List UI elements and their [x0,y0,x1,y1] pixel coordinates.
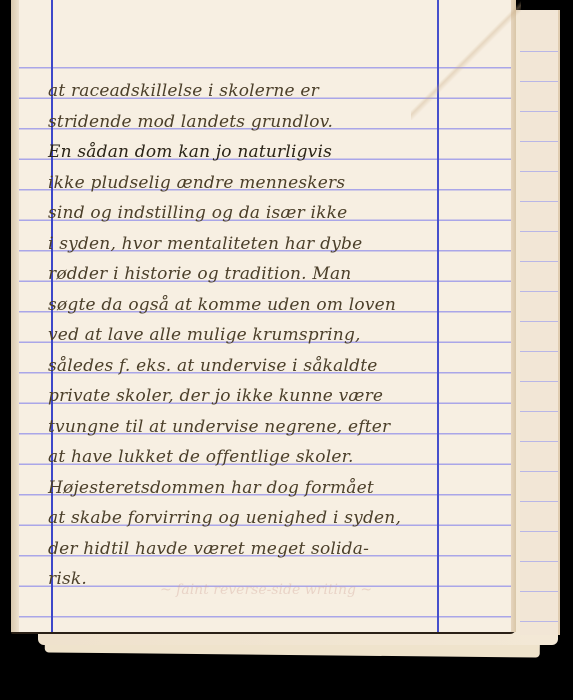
text-line: tvungne til at undervise negrene, efter [48,412,443,443]
text-line: Højesteretsdommen har dog formået [48,473,443,504]
bleed-through-text: ~ faint reverse-side writing ~ [160,582,372,598]
text-line: rødder i historie og tradition. Man [48,259,443,290]
text-line: private skoler, der jo ikke kunne være [48,381,443,412]
text-line: der hidtil havde været meget solida- [48,534,443,565]
text-line: sind og indstilling og da især ikke [48,198,443,229]
text-line: En sådan dom kan jo naturligvis [48,137,443,168]
page-left-edge [11,0,19,632]
page-right-edge [511,0,516,632]
text-line: i syden, hvor mentaliteten har dybe [48,229,443,260]
text-line: ikke pludselig ændre menneskers [48,168,443,199]
text-line: søgte da også at komme uden om loven [48,290,443,321]
text-line: at raceadskillelse i skolerne er [48,76,443,107]
text-line: således f. eks. at undervise i såkaldte [48,351,443,382]
back-sheet-edge [520,10,560,635]
text-line: stridende mod landets grundlov. [48,107,443,138]
text-line: at have lukket de offentlige skoler. [48,442,443,473]
handwritten-text: at raceadskillelse i skolerne er striden… [48,76,443,595]
text-line: ved at lave alle mulige krumspring, [48,320,443,351]
text-line: at skabe forvirring og uenighed i syden, [48,503,443,534]
